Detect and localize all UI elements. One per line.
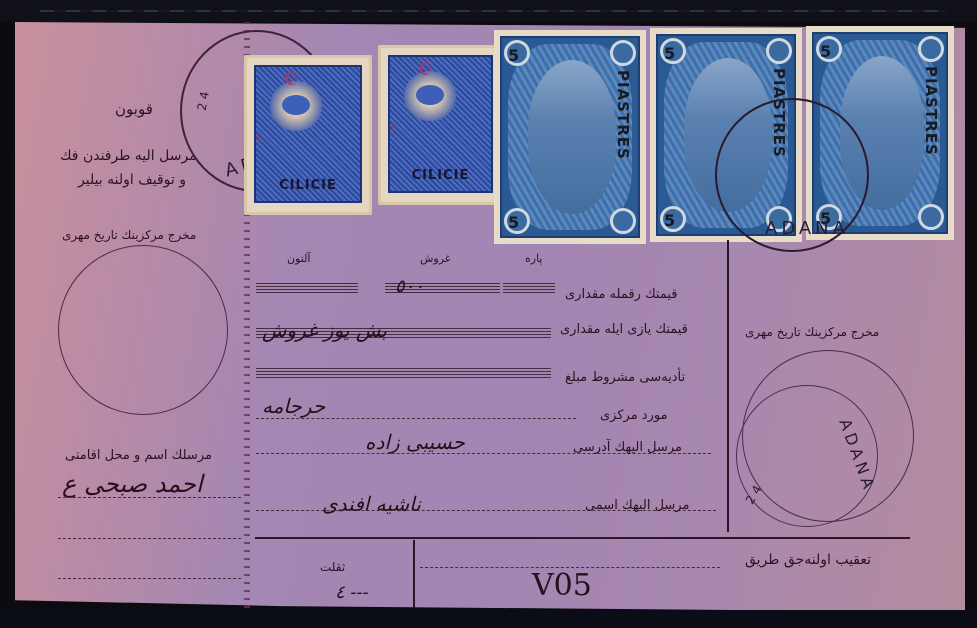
recipient-handwritten: ناشیه افندی <box>322 492 421 516</box>
tughra-icon <box>282 95 310 115</box>
crescent-star-icon: ☪ <box>418 59 434 80</box>
sender-handwritten: احمد صبحی ع <box>62 470 203 498</box>
coupon-title: قوبون <box>115 100 153 118</box>
row-label-recipient: مرسل الیهك اسمی <box>585 498 689 513</box>
amount-field-altun <box>256 283 358 295</box>
route-label: تعقیب اولنه‌جق طریق <box>745 552 871 568</box>
destination-handwritten: حرجامه <box>262 394 325 418</box>
weight-divider <box>413 540 415 608</box>
postmark-adana-2: ADANA <box>715 98 869 252</box>
tughra-icon <box>416 85 444 105</box>
amount-words-handwritten: بش یوز غروش <box>262 318 387 342</box>
stamp-piastres-1: PIASTRES 5 5 <box>494 30 646 244</box>
coupon-stamp-circle <box>58 245 228 415</box>
crescent-star-icon: ☪ <box>284 69 300 90</box>
sender-line-3 <box>58 578 241 579</box>
header-altun: آلتون <box>287 252 311 265</box>
bottom-handwritten-number: V05 <box>532 568 592 603</box>
header-kurus: غروش <box>420 252 451 265</box>
stamp-cilicie-1: ☪ ١ CILICIE <box>244 55 372 215</box>
sender-line-1 <box>58 497 241 498</box>
coupon-instruction-2: و توقیف اولنه بیلیر <box>78 172 186 188</box>
form-right-divider <box>727 240 729 532</box>
postmark-adana-3: ADANA 24 <box>736 385 878 527</box>
row-label-amount-digits: قیمتك رقمله مقداری <box>565 287 678 302</box>
right-stamp-label: مخرج مركزینك تاریخ مهری <box>745 325 879 339</box>
amount-handwritten: ٥٠٠ <box>395 276 424 297</box>
row-label-cod: تأدیه‌سی مشروط مبلغ <box>565 370 685 385</box>
coupon-stamp-label: مخرج مركزینك تاریخ مهری <box>62 228 196 242</box>
coupon-instruction-1: مرسل الیه طرفندن فك <box>60 148 197 164</box>
stamp-cilicie-2: ☪ ١ CILICIE <box>378 45 503 205</box>
cod-amount-field <box>256 368 551 380</box>
amount-field-para <box>503 283 555 295</box>
row-label-address: مرسل الیهك آدرسی <box>573 440 682 455</box>
sender-line-2 <box>58 538 241 539</box>
destination-line <box>256 418 576 419</box>
scan-border-top <box>0 0 977 22</box>
weight-handwritten: ٤ --- <box>335 582 369 603</box>
weight-label: ثقلت <box>320 560 345 574</box>
sender-label: مرسلك اسم و محل اقامتی <box>65 448 212 463</box>
address-handwritten: حسیبی زاده <box>365 430 465 454</box>
header-para: پاره <box>525 252 543 265</box>
form-bottom-divider <box>255 537 910 539</box>
scan-border-bottom <box>0 610 977 628</box>
row-label-destination: مورد مركزی <box>600 408 668 423</box>
row-label-amount-words: قیمتك یازی ایله مقداری <box>560 322 688 337</box>
